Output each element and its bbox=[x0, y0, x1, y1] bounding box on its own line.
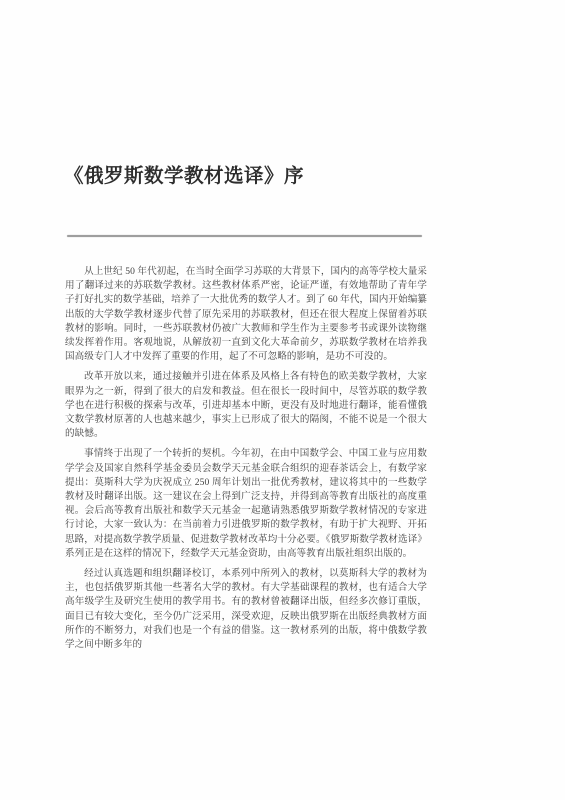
preface-paragraph-3: 事情终于出现了一个转折的契机。今年初，在由中国数学会、中国工业与应用数学学会及国… bbox=[65, 447, 427, 561]
preface-paragraph-4: 经过认真选题和组织翻译校订，本系列中所列入的教材，以莫斯科大学的教材为主，也包括… bbox=[65, 567, 427, 652]
preface-paragraph-2: 改革开放以来，通过接触并引进在体系及风格上各有特色的欧美数学教材，大家眼界为之一… bbox=[65, 370, 427, 441]
preface-body: 从上世纪 50 年代初起，在当时全面学习苏联的大背景下，国内的高等学校大量采用了… bbox=[65, 265, 427, 652]
preface-paragraph-1: 从上世纪 50 年代初起，在当时全面学习苏联的大背景下，国内的高等学校大量采用了… bbox=[65, 265, 427, 364]
book-page: 《俄罗斯数学教材选译》序 从上世纪 50 年代初起，在当时全面学习苏联的大背景下… bbox=[0, 0, 565, 800]
title-divider bbox=[67, 235, 422, 237]
page-title: 《俄罗斯数学教材选译》序 bbox=[64, 160, 464, 188]
